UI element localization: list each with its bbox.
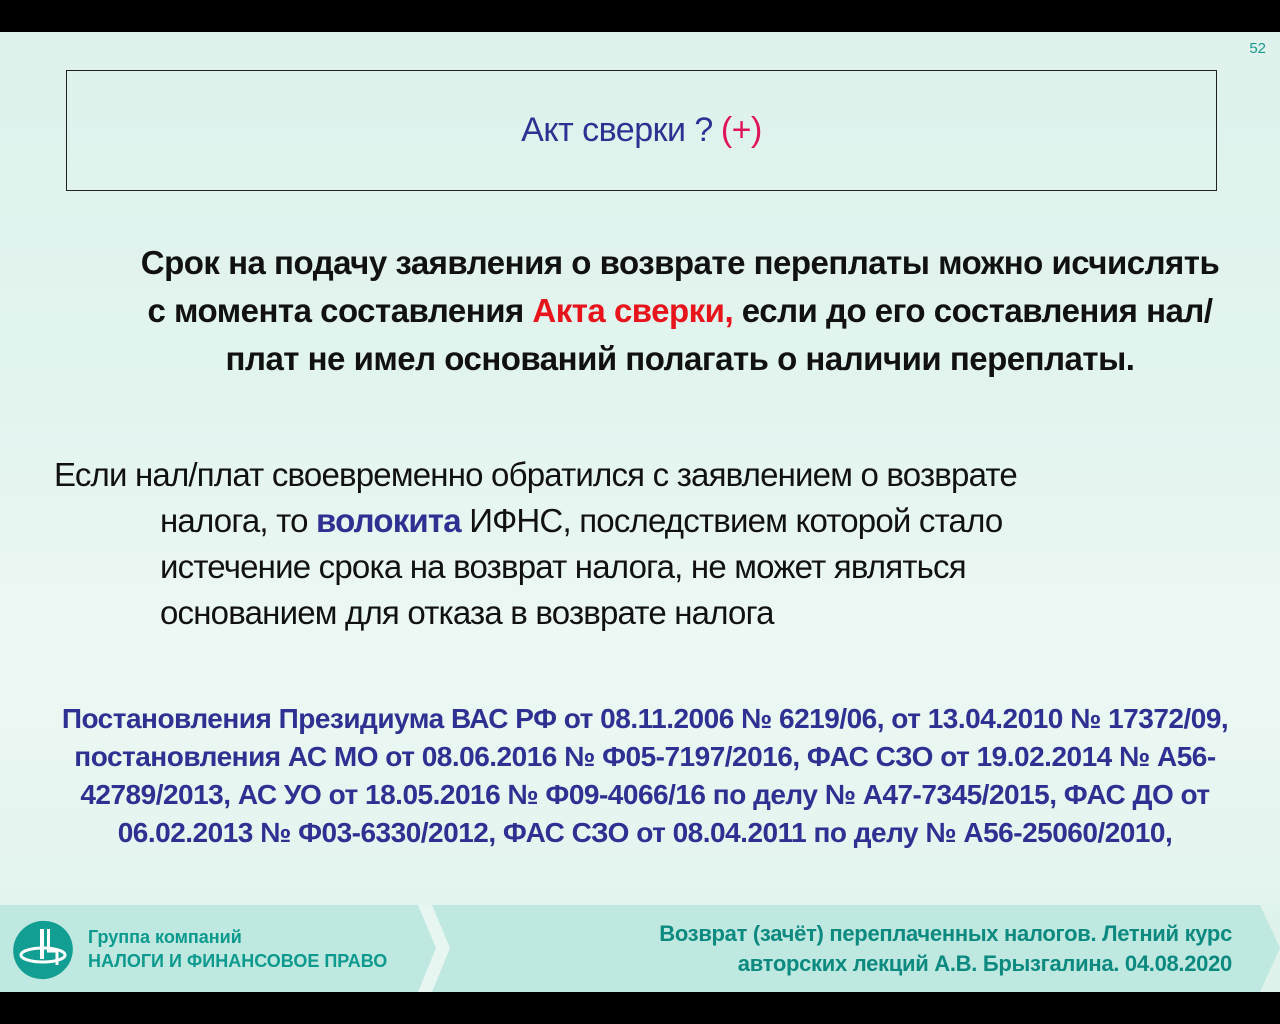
para-line: истечение срока на возврат налога, не мо…	[54, 544, 1214, 590]
lead-highlight: Акта сверки,	[532, 292, 733, 329]
course-title: Возврат (зачёт) переплаченных налогов. Л…	[659, 919, 1232, 979]
slide: 52 Акт сверки ?(+) Срок на подачу заявле…	[0, 32, 1280, 992]
page-number: 52	[1249, 40, 1266, 57]
course-line: Возврат (зачёт) переплаченных налогов. Л…	[659, 919, 1232, 949]
lead-statement: Срок на подачу заявления о возврате пере…	[130, 239, 1230, 383]
para-line: основанием для отказа в возврате налога	[54, 590, 1214, 636]
company-line: НАЛОГИ И ФИНАНСОВОЕ ПРАВО	[88, 949, 387, 973]
slide-title: Акт сверки ?(+)	[521, 111, 762, 150]
para-line: налога, то волокита ИФНС, последствием к…	[54, 498, 1214, 544]
title-box: Акт сверки ?(+)	[66, 70, 1217, 191]
para-emphasis: волокита	[316, 502, 461, 539]
para-text: ИФНС, последствием которой стало	[461, 502, 1003, 539]
footer-bar: Группа компаний НАЛОГИ И ФИНАНСОВОЕ ПРАВ…	[0, 905, 1280, 992]
course-line: авторских лекций А.В. Брызгалина. 04.08.…	[659, 949, 1232, 979]
title-badge: (+)	[721, 111, 762, 149]
legal-references: Постановления Президиума ВАС РФ от 08.11…	[60, 700, 1230, 852]
company-logo-icon	[10, 919, 76, 981]
chevron-divider-icon	[418, 905, 458, 992]
title-text: Акт сверки ?	[521, 111, 713, 149]
para-text: налога, то	[160, 502, 316, 539]
chevron-end-icon	[1260, 905, 1280, 992]
para-line: Если нал/плат своевременно обратился с з…	[54, 452, 1214, 498]
company-line: Группа компаний	[88, 925, 387, 949]
body-paragraph: Если нал/плат своевременно обратился с з…	[54, 452, 1214, 636]
company-name: Группа компаний НАЛОГИ И ФИНАНСОВОЕ ПРАВ…	[88, 925, 387, 973]
